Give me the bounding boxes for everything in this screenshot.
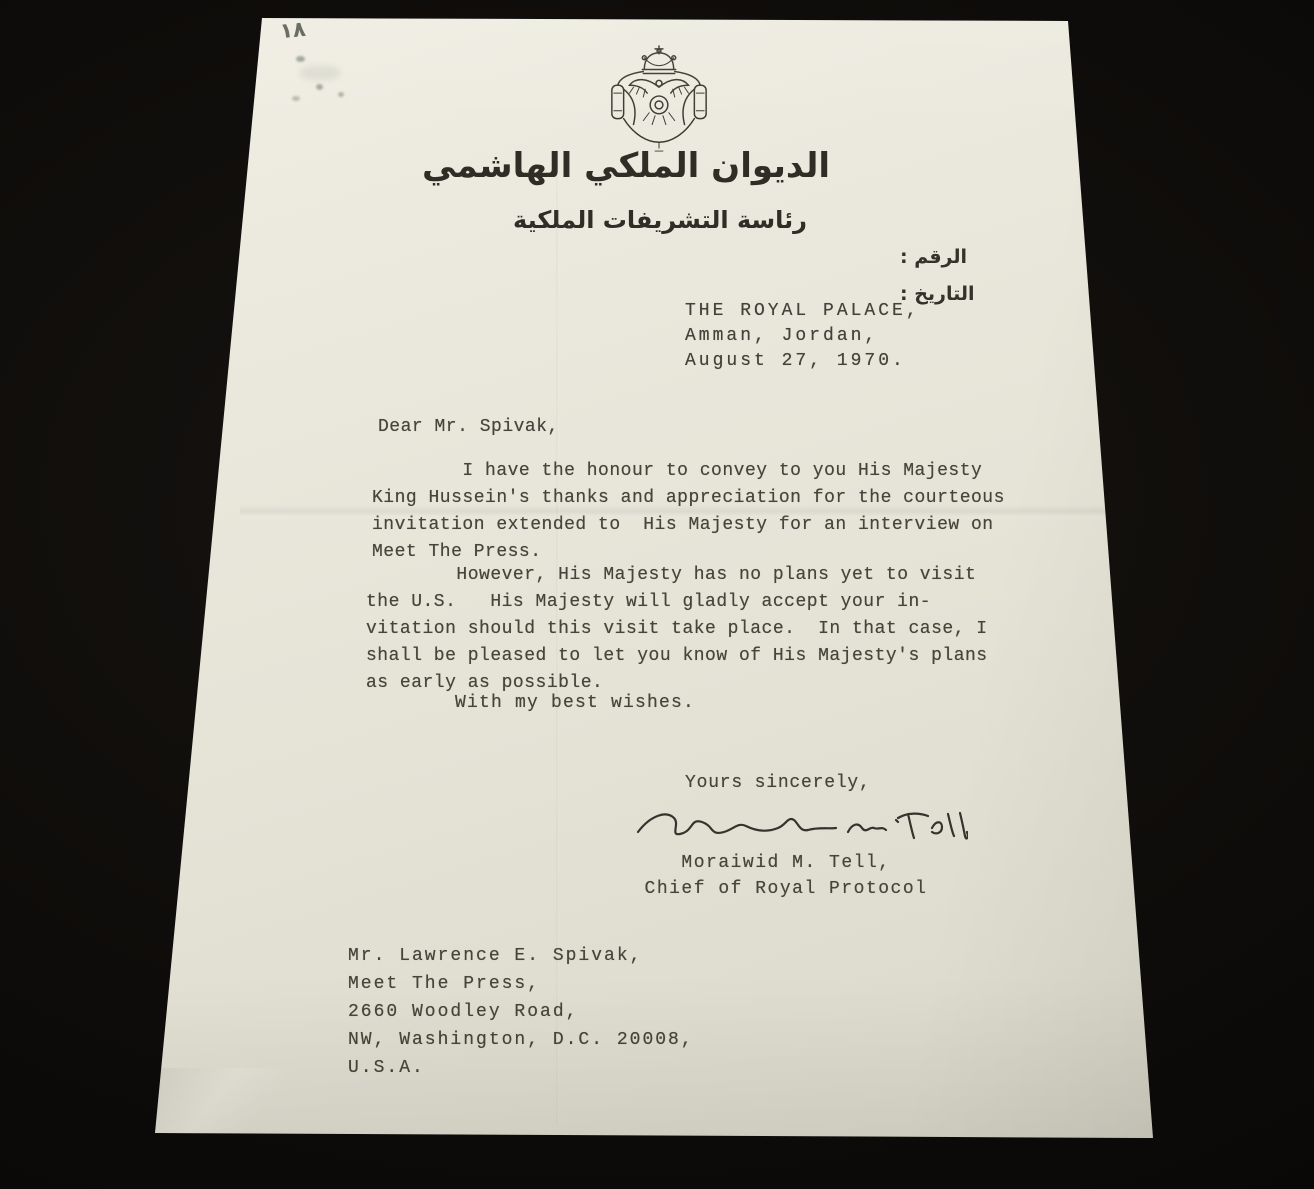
signer-title: Chief of Royal Protocol <box>630 876 942 902</box>
stain-smudge <box>300 66 340 80</box>
stain-spot <box>316 84 323 90</box>
signer-name: Moraiwid M. Tell, <box>630 850 942 876</box>
arabic-letterhead-title: الديوان الملكي الهاشمي <box>490 146 830 186</box>
photo-background: ١٨ <box>0 0 1314 1189</box>
paper-fold-corner <box>150 1068 310 1134</box>
royal-crest-emblem-icon <box>600 44 718 154</box>
valediction: Yours sincerely, <box>685 770 871 797</box>
stain-spot <box>338 92 344 97</box>
closing-line: With my best wishes. <box>455 690 695 717</box>
sender-address-block: THE ROYAL PALACE, Amman, Jordan, August … <box>685 299 920 374</box>
stain-spot <box>292 96 300 101</box>
arabic-letterhead-subtitle: رئاسة التشريفات الملكية <box>505 206 815 234</box>
stain-spot <box>296 56 305 62</box>
letter-paper: ١٨ <box>0 0 1314 1189</box>
recipient-address-block: Mr. Lawrence E. Spivak, Meet The Press, … <box>348 942 694 1082</box>
signature-scribble <box>632 794 968 852</box>
signature-block: Moraiwid M. Tell, Chief of Royal Protoco… <box>630 850 942 902</box>
body-paragraph-2: However, His Majesty has no plans yet to… <box>366 562 1066 697</box>
salutation: Dear Mr. Spivak, <box>378 414 559 441</box>
body-paragraph-1: I have the honour to convey to you His M… <box>372 458 1072 566</box>
pencil-mark: ١٨ <box>279 17 307 44</box>
ref-number-label: الرقم : <box>900 246 1020 268</box>
